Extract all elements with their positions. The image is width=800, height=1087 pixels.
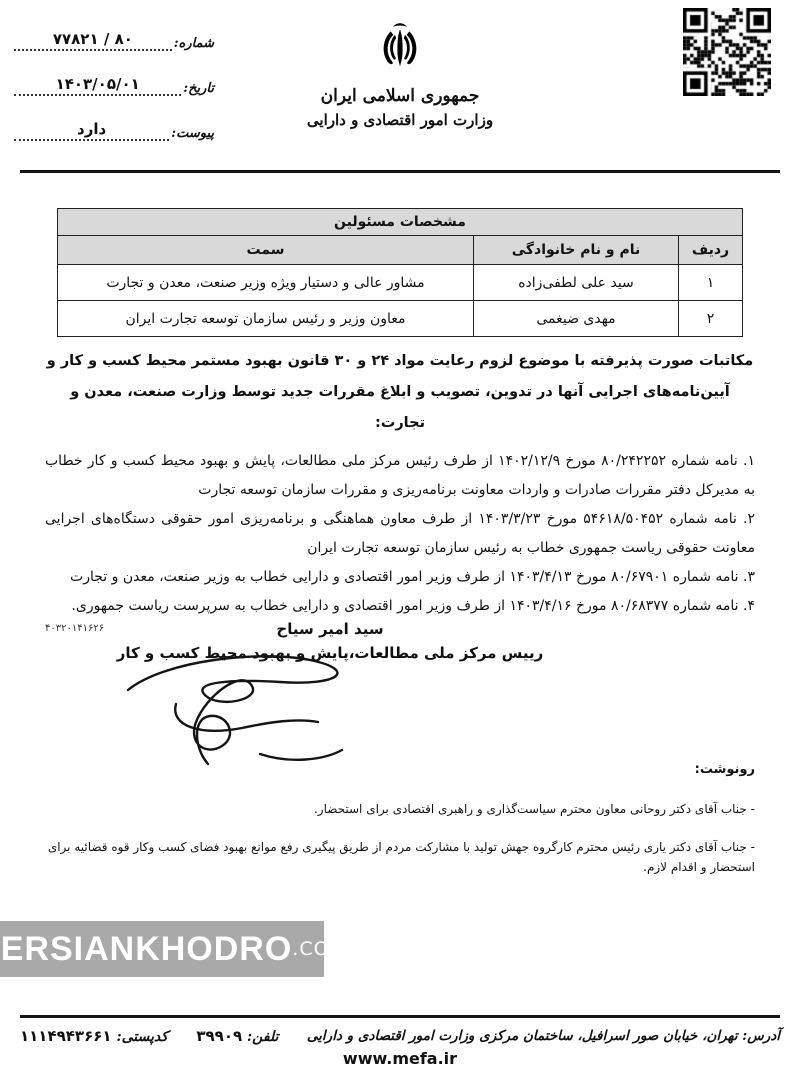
signer-name: سید امیر سیاح bbox=[110, 620, 550, 638]
watermark-banner: PERSIANKHODRO.COM bbox=[0, 921, 324, 977]
country-title: جمهوری اسلامی ایران bbox=[285, 86, 515, 106]
body-item-3: ۳. نامه شماره ۸۰/۶۷۹۰۱ مورخ ۱۴۰۳/۴/۱۳ از… bbox=[45, 563, 755, 592]
officials-table-wrap: مشخصات مسئولین ردیف نام و نام خانوادگی س… bbox=[57, 208, 743, 337]
cc-item-1: - جناب آقای دکتر روحانی معاون محترم سیاس… bbox=[45, 799, 755, 819]
official-letter-page: شماره: ۸۰ / ۷۷۸۲۱ تاریخ: ۱۴۰۳/۰۵/۰۱ پیوس… bbox=[0, 0, 800, 1087]
postal-label: کدپستی: bbox=[116, 1029, 167, 1045]
cell-position: معاون وزیر و رئیس سازمان توسعه تجارت ایر… bbox=[58, 301, 474, 337]
website-link[interactable]: www.mefa.ir bbox=[343, 1049, 457, 1068]
cell-row-no: ۲ bbox=[679, 301, 743, 337]
table-title: مشخصات مسئولین bbox=[58, 209, 743, 236]
cc-item-2: - جناب آقای دکتر یاری رئیس محترم کارگروه… bbox=[45, 837, 755, 877]
reference-number-row: شماره: ۸۰ / ۷۷۸۲۱ bbox=[14, 30, 214, 51]
qr-code-icon bbox=[683, 8, 771, 96]
attachment-row: پیوست: دارد bbox=[14, 120, 214, 141]
footer-postal-code: کدپستی: ۱۱۱۴۹۴۳۶۶۱ bbox=[20, 1027, 168, 1045]
table-header-row: ردیف نام و نام خانوادگی سمت bbox=[58, 236, 743, 265]
reference-number-label: شماره: bbox=[172, 36, 214, 51]
body-item-2: ۲. نامه شماره ۵۴۶۱۸/۵۰۴۵۲ مورخ ۱۴۰۳/۳/۲۳… bbox=[45, 505, 755, 563]
iran-national-emblem-icon bbox=[374, 16, 426, 78]
cell-name: مهدی ضیغمی bbox=[474, 301, 679, 337]
cell-position: مشاور عالی و دستیار ویژه وزیر صنعت، معدن… bbox=[58, 265, 474, 301]
cell-name: سید علی لطفی‌زاده bbox=[474, 265, 679, 301]
column-header-position: سمت bbox=[58, 236, 474, 265]
letterhead-center: جمهوری اسلامی ایران وزارت امور اقتصادی و… bbox=[285, 16, 515, 129]
letter-footer: آدرس: تهران، خیابان صور اسرافیل، ساختمان… bbox=[20, 1015, 780, 1068]
dotted-line: ۱۴۰۳/۰۵/۰۱ bbox=[14, 75, 181, 96]
signature-block: سید امیر سیاح رییس مرکز ملی مطالعات،پایش… bbox=[110, 620, 550, 662]
footer-website: www.mefa.ir bbox=[20, 1049, 780, 1068]
postal-value: ۱۱۱۴۹۴۳۶۶۱ bbox=[20, 1027, 112, 1045]
date-row: تاریخ: ۱۴۰۳/۰۵/۰۱ bbox=[14, 75, 214, 96]
cell-row-no: ۱ bbox=[679, 265, 743, 301]
table-title-row: مشخصات مسئولین bbox=[58, 209, 743, 236]
dotted-line: ۸۰ / ۷۷۸۲۱ bbox=[14, 30, 172, 51]
table-row: ۲ مهدی ضیغمی معاون وزیر و رئیس سازمان تو… bbox=[58, 301, 743, 337]
column-header-name: نام و نام خانوادگی bbox=[474, 236, 679, 265]
table-row: ۱ سید علی لطفی‌زاده مشاور عالی و دستیار … bbox=[58, 265, 743, 301]
reference-number-value: ۸۰ / ۷۷۸۲۱ bbox=[53, 30, 133, 48]
footer-address: آدرس: تهران، خیابان صور اسرافیل، ساختمان… bbox=[307, 1028, 780, 1044]
signer-title: رییس مرکز ملی مطالعات،پایش و بهبود محیط … bbox=[110, 644, 550, 662]
attachment-label: پیوست: bbox=[169, 126, 214, 141]
phone-label: تلفن: bbox=[247, 1029, 278, 1045]
handwritten-signature-icon bbox=[110, 652, 390, 772]
attachment-value: دارد bbox=[77, 120, 106, 138]
phone-value: ۳۹۹۰۹ bbox=[196, 1027, 242, 1045]
footer-contact-row: آدرس: تهران، خیابان صور اسرافیل، ساختمان… bbox=[20, 1027, 780, 1045]
body-item-1: ۱. نامه شماره ۸۰/۲۴۲۲۵۲ مورخ ۱۴۰۲/۱۲/۹ ا… bbox=[45, 447, 755, 505]
date-value: ۱۴۰۳/۰۵/۰۱ bbox=[56, 75, 140, 93]
ministry-title: وزارت امور اقتصادی و دارایی bbox=[285, 111, 515, 129]
letter-body: مکاتبات صورت پذیرفته با موضوع لزوم رعایت… bbox=[45, 346, 755, 634]
date-label: تاریخ: bbox=[181, 81, 214, 96]
watermark-tld: .COM bbox=[292, 938, 347, 960]
body-intro-paragraph: مکاتبات صورت پذیرفته با موضوع لزوم رعایت… bbox=[45, 346, 755, 439]
body-item-4: ۴. نامه شماره ۸۰/۶۸۳۷۷ مورخ ۱۴۰۳/۴/۱۶ از… bbox=[45, 592, 755, 621]
cc-label: رونوشت: bbox=[45, 762, 755, 777]
officials-table: مشخصات مسئولین ردیف نام و نام خانوادگی س… bbox=[57, 208, 743, 337]
column-header-row-no: ردیف bbox=[679, 236, 743, 265]
header-divider bbox=[20, 170, 780, 173]
watermark-brand: PERSIANKHODRO bbox=[0, 930, 292, 969]
letter-meta-block: شماره: ۸۰ / ۷۷۸۲۱ تاریخ: ۱۴۰۳/۰۵/۰۱ پیوس… bbox=[14, 30, 214, 165]
dotted-line: دارد bbox=[14, 120, 169, 141]
footer-phone: تلفن: ۳۹۹۰۹ bbox=[196, 1027, 278, 1045]
cc-section: رونوشت: - جناب آقای دکتر روحانی معاون مح… bbox=[45, 762, 755, 895]
